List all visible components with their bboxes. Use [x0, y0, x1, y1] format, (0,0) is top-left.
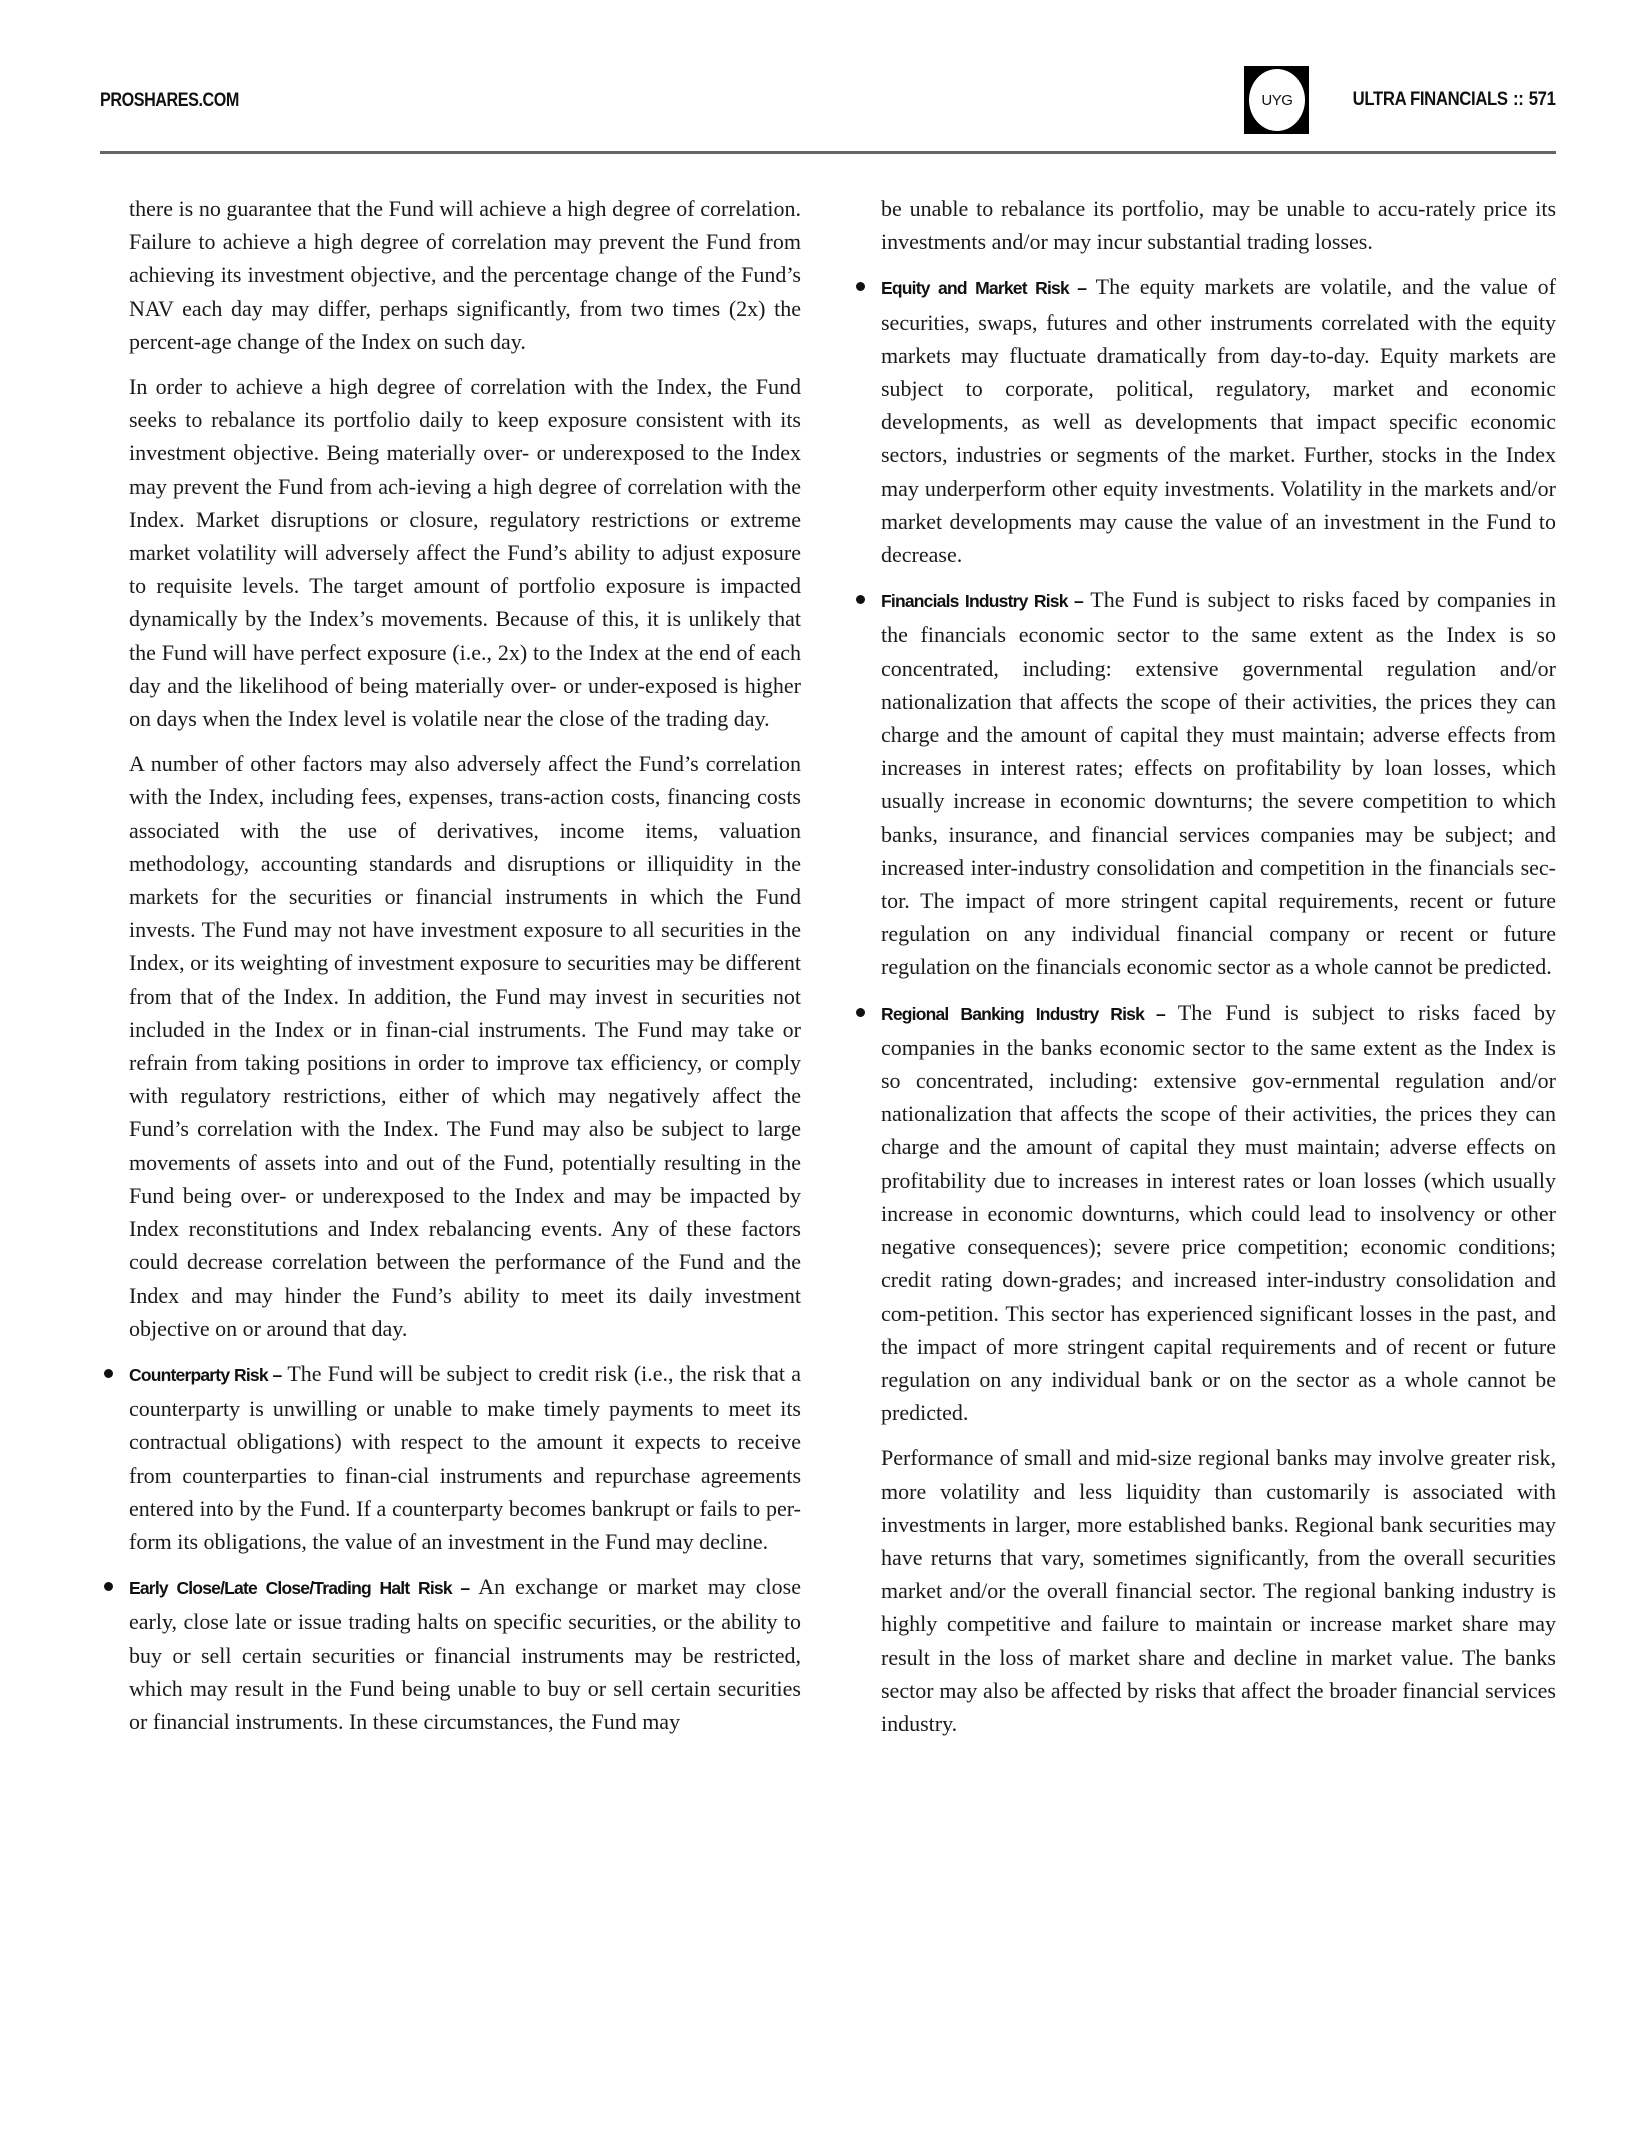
- risk-item-regional-banking: Regional Banking Industry Risk – The Fun…: [881, 996, 1556, 1430]
- ticker-badge: UYG: [1244, 66, 1309, 134]
- fund-name: ULTRA FINANCIALS: [1353, 89, 1508, 110]
- risk-text: The Fund is subject to risks faced by co…: [881, 587, 1556, 979]
- bullet-icon: [856, 1008, 865, 1017]
- bullet-icon: [856, 282, 865, 291]
- risk-label: Counterparty Risk –: [129, 1365, 282, 1385]
- risk-item-early-close: Early Close/Late Close/Trading Halt Risk…: [129, 1570, 801, 1738]
- paragraph: In order to achieve a high degree of cor…: [129, 370, 801, 735]
- paragraph: A number of other factors may also adver…: [129, 747, 801, 1345]
- risk-label: Financials Industry Risk –: [881, 591, 1083, 611]
- paragraph: there is no guarantee that the Fund will…: [129, 192, 801, 358]
- paragraph: Performance of small and mid-size region…: [881, 1441, 1556, 1740]
- continuation-paragraph: be unable to rebalance its portfolio, ma…: [881, 192, 1556, 258]
- page-number: 571: [1529, 89, 1556, 110]
- right-column: be unable to rebalance its portfolio, ma…: [881, 192, 1556, 1752]
- running-head: UYG ULTRA FINANCIALS::571: [1244, 66, 1556, 134]
- risk-item-equity-market: Equity and Market Risk – The equity mark…: [881, 270, 1556, 571]
- bullet-icon: [856, 595, 865, 604]
- risk-label: Equity and Market Risk –: [881, 278, 1086, 298]
- bullet-icon: [104, 1582, 113, 1591]
- header-rule: [100, 151, 1556, 154]
- risk-text: The Fund is subject to risks faced by co…: [881, 1000, 1556, 1425]
- risk-item-counterparty: Counterparty Risk – The Fund will be sub…: [129, 1357, 801, 1558]
- risk-label: Regional Banking Industry Risk –: [881, 1004, 1165, 1024]
- risk-item-financials-industry: Financials Industry Risk – The Fund is s…: [881, 583, 1556, 983]
- left-column: there is no guarantee that the Fund will…: [129, 192, 801, 1750]
- page-header: PROSHARES.COM UYG ULTRA FINANCIALS::571: [100, 60, 1556, 150]
- page-title: ULTRA FINANCIALS::571: [1353, 89, 1556, 111]
- risk-label: Early Close/Late Close/Trading Halt Risk…: [129, 1578, 469, 1598]
- ticker-circle-icon: UYG: [1249, 69, 1305, 131]
- risk-text: The equity markets are volatile, and the…: [881, 274, 1556, 567]
- risk-text: The Fund will be subject to credit risk …: [129, 1361, 801, 1554]
- site-name: PROSHARES.COM: [100, 90, 239, 112]
- title-separator: ::: [1513, 89, 1523, 110]
- bullet-icon: [104, 1369, 113, 1378]
